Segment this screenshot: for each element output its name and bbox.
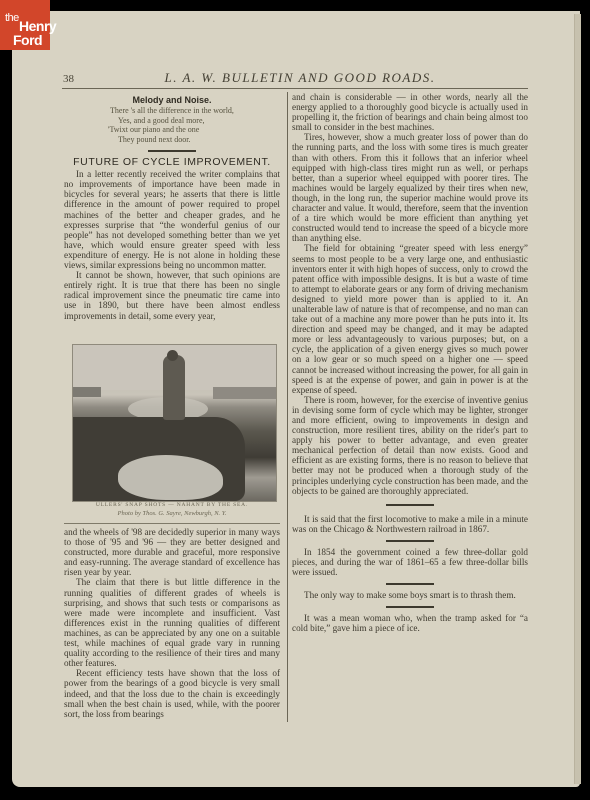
photo-caption: ULLERS' SNAP SHOTS — NAHANT BY THE SEA. (64, 502, 280, 508)
filler-divider (386, 540, 434, 542)
poem: There 's all the difference in the world… (64, 106, 280, 144)
poem-line: They pound next door. (64, 135, 280, 145)
article-title: FUTURE OF CYCLE IMPROVEMENT. (64, 157, 280, 167)
paragraph: and chain is considerable — in other wor… (292, 92, 528, 132)
photo-figure: ULLERS' SNAP SHOTS — NAHANT BY THE SEA. … (64, 342, 280, 506)
paragraph: It cannot be shown, however, that such o… (64, 270, 280, 320)
logo-ford: Ford (13, 32, 42, 48)
henry-ford-logo[interactable]: the Henry Ford (0, 0, 50, 50)
section-divider (148, 150, 196, 152)
logo-the: the (5, 12, 19, 24)
right-column: and chain is considerable — in other wor… (292, 92, 528, 634)
filler-item: It is said that the first locomotive to … (292, 514, 528, 534)
paragraph: The claim that there is but little diffe… (64, 577, 280, 668)
left-column-top: Melody and Noise. There 's all the diffe… (64, 92, 280, 321)
running-head: L. A. W. BULLETIN AND GOOD ROADS. (80, 70, 520, 86)
photo-rule (64, 523, 280, 524)
photo-credit: Photo by Thos. G. Sayre, Newburgh, N. Y. (64, 510, 280, 517)
filler-item: In 1854 the government coined a few thre… (292, 547, 528, 577)
header-rule (62, 88, 528, 89)
poem-line: There 's all the difference in the world… (64, 106, 280, 116)
paragraph: and the wheels of '98 are decidedly supe… (64, 527, 280, 577)
column-divider (287, 92, 288, 722)
paragraph: Recent efficiency tests have shown that … (64, 668, 280, 718)
poem-line: 'Twixt our piano and the one (64, 125, 280, 135)
filler-divider (386, 583, 434, 585)
left-column-bottom: and the wheels of '98 are decidedly supe… (64, 527, 280, 719)
page-edge (574, 14, 581, 784)
paragraph: In a letter recently received the writer… (64, 169, 280, 270)
poem-line: Yes, and a good deal more, (64, 116, 280, 126)
photo-seaside-rock (72, 344, 277, 502)
filler-divider (386, 504, 434, 506)
filler-item: The only way to make some boys smart is … (292, 590, 528, 600)
paragraph: The field for obtaining “greater speed w… (292, 243, 528, 394)
paragraph: There is room, however, for the exercise… (292, 395, 528, 496)
filler-divider (386, 606, 434, 608)
filler-item: It was a mean woman who, when the tramp … (292, 613, 528, 633)
paragraph: Tires, however, show a much greater loss… (292, 132, 528, 243)
page-number: 38 (63, 73, 74, 85)
poem-title: Melody and Noise. (64, 95, 280, 105)
